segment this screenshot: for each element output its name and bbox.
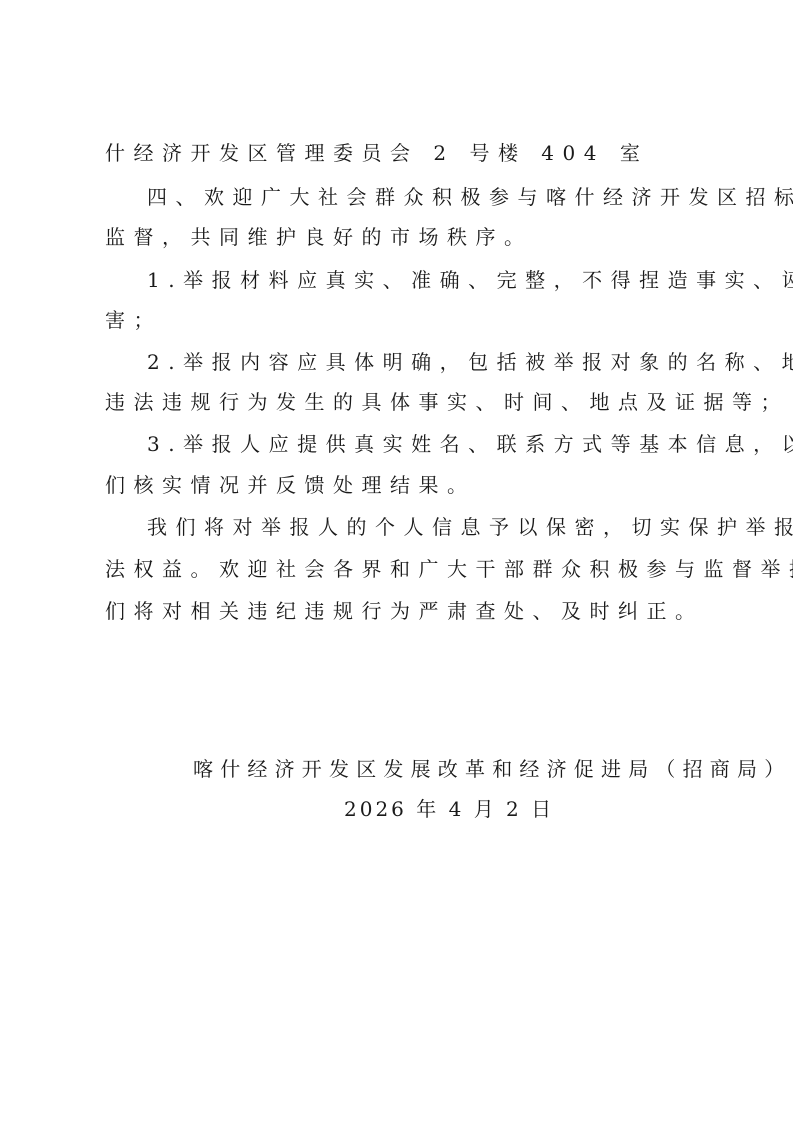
text-line-item-3: 3.举报人应提供真实姓名、联系方式等基本信息，以便我 bbox=[147, 430, 747, 458]
text-line: 监督，共同维护良好的市场秩序。 bbox=[105, 223, 705, 251]
text-line: 违法违规行为发生的具体事实、时间、地点及证据等； bbox=[105, 388, 705, 416]
signature-organization: 喀什经济开发区发展改革和经济促进局（招商局） bbox=[193, 755, 791, 783]
text-line: 法权益。欢迎社会各界和广大干部群众积极参与监督举报，我 bbox=[105, 555, 705, 583]
text-line: 害； bbox=[105, 306, 705, 334]
text-line-item-1: 1.举报材料应真实、准确、完整，不得捏造事实、诬告陷 bbox=[147, 266, 747, 294]
text-line-item-2: 2.举报内容应具体明确，包括被举报对象的名称、地点， bbox=[147, 348, 747, 376]
text-line-section-four: 四、欢迎广大社会群众积极参与喀什经济开发区招标投标 bbox=[147, 183, 747, 211]
text-line-address: 什经济开发区管理委员会 2 号楼 404 室 bbox=[105, 139, 705, 167]
text-line: 们核实情况并反馈处理结果。 bbox=[105, 471, 705, 499]
document-page: 什经济开发区管理委员会 2 号楼 404 室 四、欢迎广大社会群众积极参与喀什经… bbox=[0, 0, 793, 1122]
text-line-privacy: 我们将对举报人的个人信息予以保密，切实保护举报人合 bbox=[147, 513, 747, 541]
text-line: 们将对相关违纪违规行为严肃查处、及时纠正。 bbox=[105, 597, 705, 625]
signature-date: 2026 年 4 月 2 日 bbox=[344, 795, 554, 823]
